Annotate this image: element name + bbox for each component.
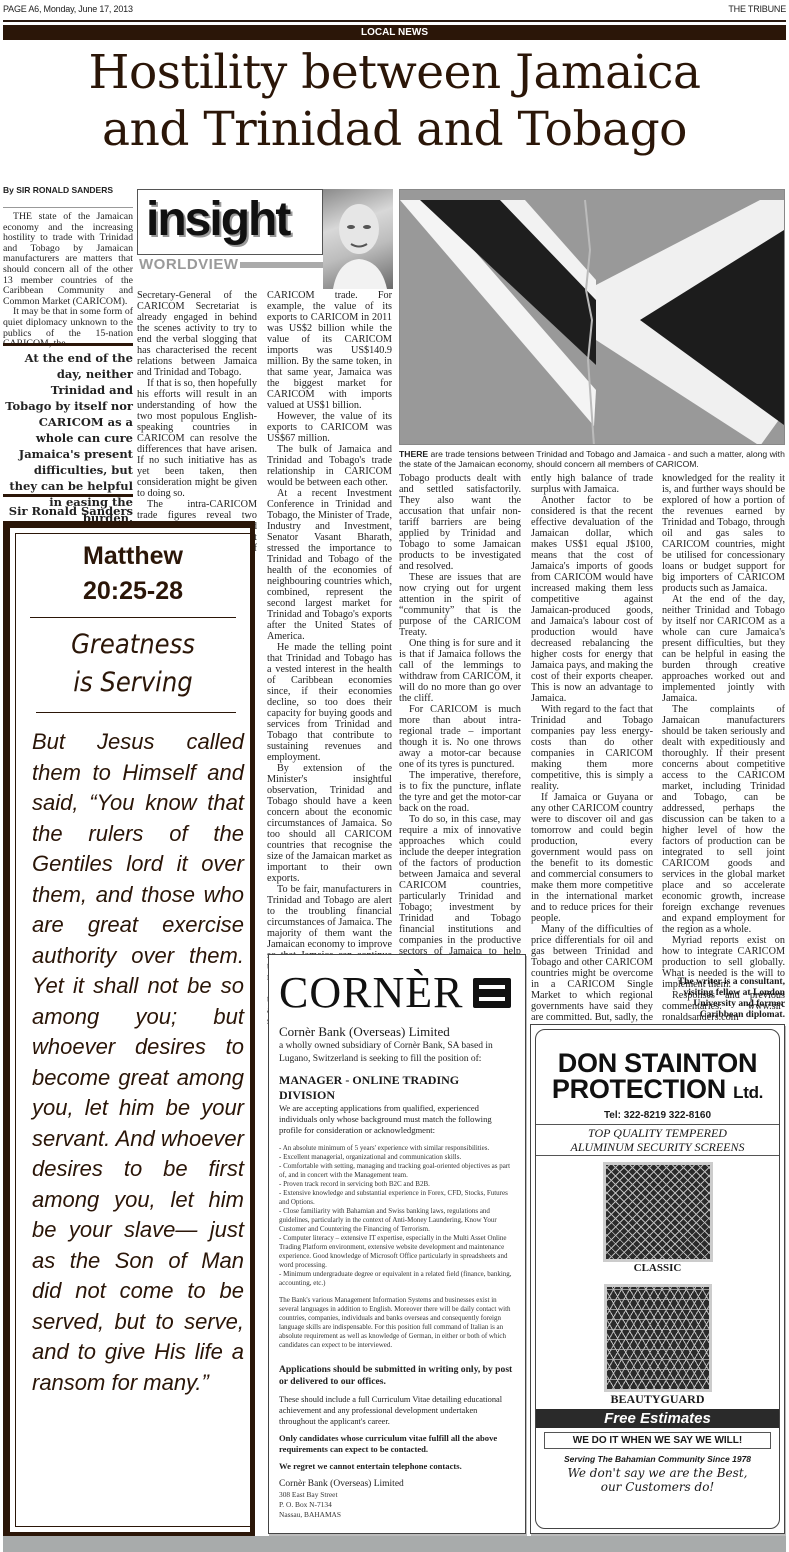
corner-address-name: Cornèr Bank (Overseas) Limited [279,1478,516,1490]
don-slogan-line-2: our Customers do! [536,1480,779,1494]
paragraph: With regard to the fact that Trinidad an… [531,704,653,792]
torn-flag-illustration-icon [400,190,785,445]
corner-only-note: Only candidates whose curriculum vitae f… [279,1433,516,1455]
corner-address-line: P. O. Box N-7134 [279,1500,516,1510]
scripture-inner-frame: Matthew 20:25-28 Greatness is Serving Bu… [15,533,251,1527]
paragraph: At the end of the day, neither Trinidad … [662,594,785,704]
beautyguard-screen-image [604,1284,712,1392]
author-portrait-icon [323,189,393,289]
product-label-beautyguard: BEAUTYGUARD [536,1392,779,1407]
page-folio: PAGE A6, Monday, June 17, 2013 [3,4,133,14]
caption-text: are trade tensions between Trinidad and … [399,449,785,469]
worldview-bar [240,262,325,268]
don-tagline-box: TOP QUALITY TEMPERED ALUMINUM SECURITY S… [536,1124,779,1156]
corner-position-title: MANAGER - ONLINE TRADING DIVISION [279,1073,516,1103]
don-title-main: PROTECTION [552,1074,726,1104]
free-estimates-banner: Free Estimates [536,1409,779,1428]
paragraph: By extension of the Minister's insightfu… [267,763,392,884]
corner-cv-note: These should include a full Curriculum V… [279,1394,516,1427]
corner-regret-note: We regret we cannot entertain telephone … [279,1460,516,1472]
requirement-item: - Close familiarity with Bahamian and Sw… [279,1207,516,1234]
requirement-item: - Excellent managerial, organizational a… [279,1153,516,1162]
pull-quote-top-rule [3,343,133,346]
byline: By SIR RONALD SANDERS [3,186,133,195]
article-column-3: CARICOM trade. For example, the value of… [267,290,392,1027]
requirement-item: - Proven track record in servicing both … [279,1180,516,1189]
requirement-item: - Comfortable with setting, managing and… [279,1162,516,1180]
classic-screen-image [603,1162,713,1262]
don-tagline-line-1: TOP QUALITY TEMPERED [536,1126,779,1140]
corner-address-line: 308 East Bay Street [279,1490,516,1500]
pull-quote-bottom-rule [3,494,133,497]
scripture-divider [36,712,236,713]
paragraph: THE state of the Jamaican economy and th… [3,212,133,307]
paragraph: However, the value of its exports to CAR… [267,411,392,444]
scripture-divider [30,617,236,618]
scripture-box: Matthew 20:25-28 Greatness is Serving Bu… [3,521,255,1539]
corner-logo: CORNÈR [279,967,516,1018]
requirement-item: - Minimum undergraduate degree or equiva… [279,1270,516,1288]
corner-languages-note: The Bank's various Management Informatio… [279,1296,516,1350]
don-title-suffix: Ltd. [733,1083,763,1102]
don-title-line-1: DON STAINTON [536,1050,779,1076]
scripture-title-line-1: Greatness [16,626,250,664]
scripture-title-line-2: is Serving [16,664,250,702]
section-label: LOCAL NEWS [3,25,786,40]
insight-label: insight [146,192,289,247]
paragraph: knowledged for the reality it is, and fu… [662,473,785,594]
article-photo [399,189,785,445]
page-footer-bar [3,1536,786,1552]
requirement-item: - Computer literacy – extensive IT exper… [279,1234,516,1270]
requirement-item: - An absolute minimum of 5 years' experi… [279,1144,516,1153]
photo-caption: THERE are trade tensions between Trinida… [399,449,785,469]
paragraph: He made the telling point that Trinidad … [267,642,392,763]
paragraph: Another factor to be considered is that … [531,495,653,704]
don-slogan-line-1: We don't say we are the Best, [536,1466,779,1480]
paragraph: Secretary-General of the CARICOM Secreta… [137,290,257,378]
paragraph: Tobago products dealt with and settled s… [399,473,521,572]
don-tagline-line-2: ALUMINUM SECURITY SCREENS [536,1140,779,1154]
paragraph: These are issues that are now crying out… [399,572,521,638]
corner-apply-note: Applications should be submitted in writ… [279,1364,516,1388]
don-phone: Tel: 322-8219 322-8160 [536,1110,779,1121]
paragraph: The bulk of Jamaica and Trinidad and Tob… [267,444,392,488]
don-stainton-ad: DON STAINTON PROTECTION Ltd. Tel: 322-82… [530,1024,785,1534]
paragraph: One thing is for sure and it is that if … [399,638,521,704]
corner-address-line: Nassau, BAHAMAS [279,1510,516,1520]
corner-intro: a wholly owned subsidiary of Cornèr Bank… [279,1040,516,1066]
paragraph: The imperative, therefore, is to fix the… [399,770,521,814]
caption-lead: THERE [399,449,428,459]
scripture-reference-line-1: Matthew [16,539,250,574]
pull-quote: At the end of the day, neither Trinidad … [3,350,133,526]
article-column-4: Tobago products dealt with and settled s… [399,473,521,1023]
article-column-1: THE state of the Jamaican economy and th… [3,212,133,350]
insight-column-logo: insight [137,189,323,255]
worldview-label: WORLDVIEW [139,256,239,273]
corner-requirements: - An absolute minimum of 5 years' experi… [279,1144,516,1288]
don-serving-note: Serving The Bahamian Community Since 197… [536,1454,779,1464]
corner-bank-logo-icon [473,978,511,1008]
corner-company-name: Cornèr Bank (Overseas) Limited [279,1024,516,1040]
headline-line-1: Hostility between Jamaica [0,44,789,101]
masthead-rule [3,20,786,22]
corner-bank-ad: CORNÈR Cornèr Bank (Overseas) Limited a … [268,954,526,1534]
scripture-reference-line-2: 20:25-28 [16,574,250,609]
author-photo [323,189,393,289]
publication-name: THE TRIBUNE [728,4,786,14]
author-note: The writer is a consultant, visiting fel… [662,976,785,1020]
product-label-classic: CLASSIC [536,1262,779,1274]
paragraph: If Jamaica or Guyana or any other CARICO… [531,792,653,924]
paragraph: At a recent Investment Conference in Tri… [267,488,392,642]
corner-position-intro: We are accepting applications from quali… [279,1103,516,1136]
paragraph: ently high balance of trade surplus with… [531,473,653,495]
paragraph: If that is so, then hopefully his effort… [137,378,257,499]
paragraph: For CARICOM is much more than about intr… [399,704,521,770]
scripture-text: But Jesus called them to Himself and sai… [16,727,250,1398]
don-promise: WE DO IT WHEN WE SAY WE WILL! [544,1432,771,1449]
paragraph: CARICOM trade. For example, the value of… [267,290,392,411]
pull-quote-attribution: Sir Ronald Sanders [3,503,133,519]
don-title-line-2: PROTECTION Ltd. [536,1076,779,1106]
article-column-6: knowledged for the reality it is, and fu… [662,473,785,1023]
paragraph: The complaints of Jamaican manufacturers… [662,704,785,935]
byline-rule [3,207,133,208]
article-column-5: ently high balance of trade surplus with… [531,473,653,1100]
corner-wordmark: CORNÈR [279,967,463,1018]
don-ad-frame: DON STAINTON PROTECTION Ltd. Tel: 322-82… [535,1029,780,1529]
headline-line-2: and Trinidad and Tobago [0,101,789,158]
requirement-item: - Extensive knowledge and substantial ex… [279,1189,516,1207]
